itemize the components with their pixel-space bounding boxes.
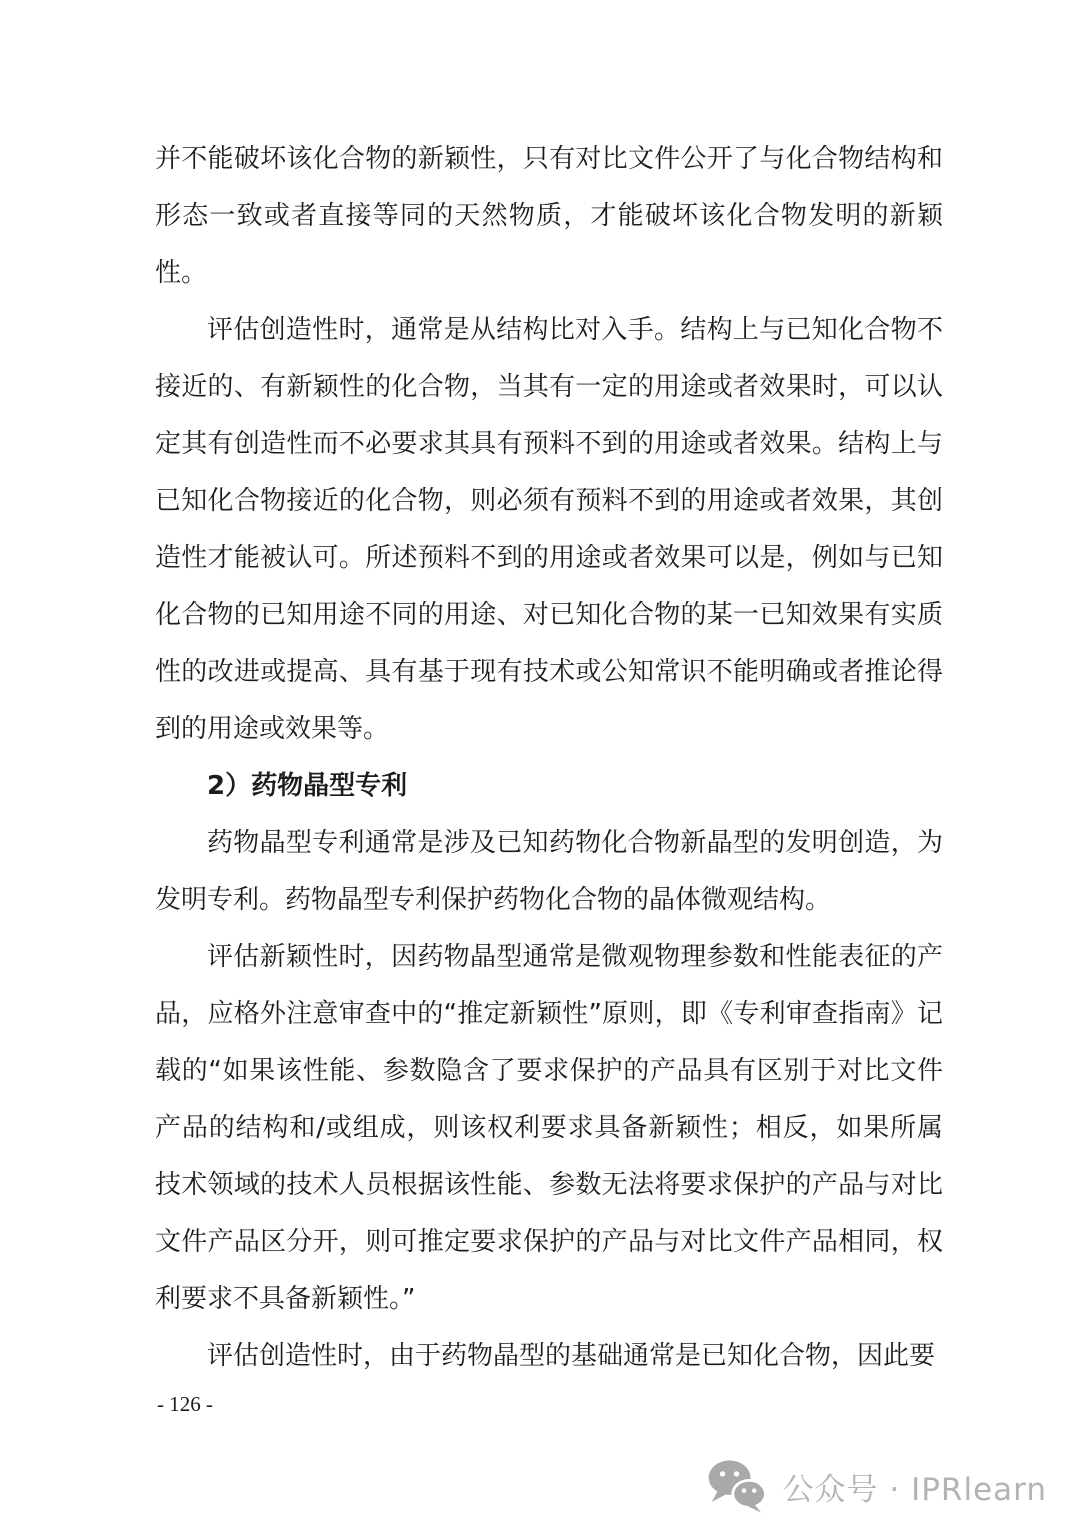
paragraph-compound-inventiveness: 评估创造性时，通常是从结构比对入手。结构上与已知化合物不接近的、有新颖性的化合物… <box>155 302 943 758</box>
section-heading-drug-crystal-form-patent: 2）药物晶型专利 <box>155 758 943 815</box>
page-number: - 126 - <box>157 1392 213 1417</box>
paragraph-crystal-form-novelty: 评估新颖性时，因药物晶型通常是微观物理参数和性能表征的产品，应格外注意审查中的“… <box>155 929 943 1328</box>
wechat-icon <box>706 1459 768 1513</box>
paragraph-crystal-form-inventiveness: 评估创造性时，由于药物晶型的基础通常是已知化合物，因此要 <box>155 1328 943 1385</box>
paragraph-compound-novelty: 并不能破坏该化合物的新颖性，只有对比文件公开了与化合物结构和形态一致或者直接等同… <box>155 131 943 302</box>
watermark: 公众号 · IPRlearn <box>706 1458 1047 1514</box>
page-body: 并不能破坏该化合物的新颖性，只有对比文件公开了与化合物结构和形态一致或者直接等同… <box>155 131 943 1385</box>
paragraph-crystal-form-intro: 药物晶型专利通常是涉及已知药物化合物新晶型的发明创造，为发明专利。药物晶型专利保… <box>155 815 943 929</box>
document-page: 并不能破坏该化合物的新颖性，只有对比文件公开了与化合物结构和形态一致或者直接等同… <box>0 0 1080 1527</box>
watermark-label: 公众号 · IPRlearn <box>783 1464 1047 1509</box>
